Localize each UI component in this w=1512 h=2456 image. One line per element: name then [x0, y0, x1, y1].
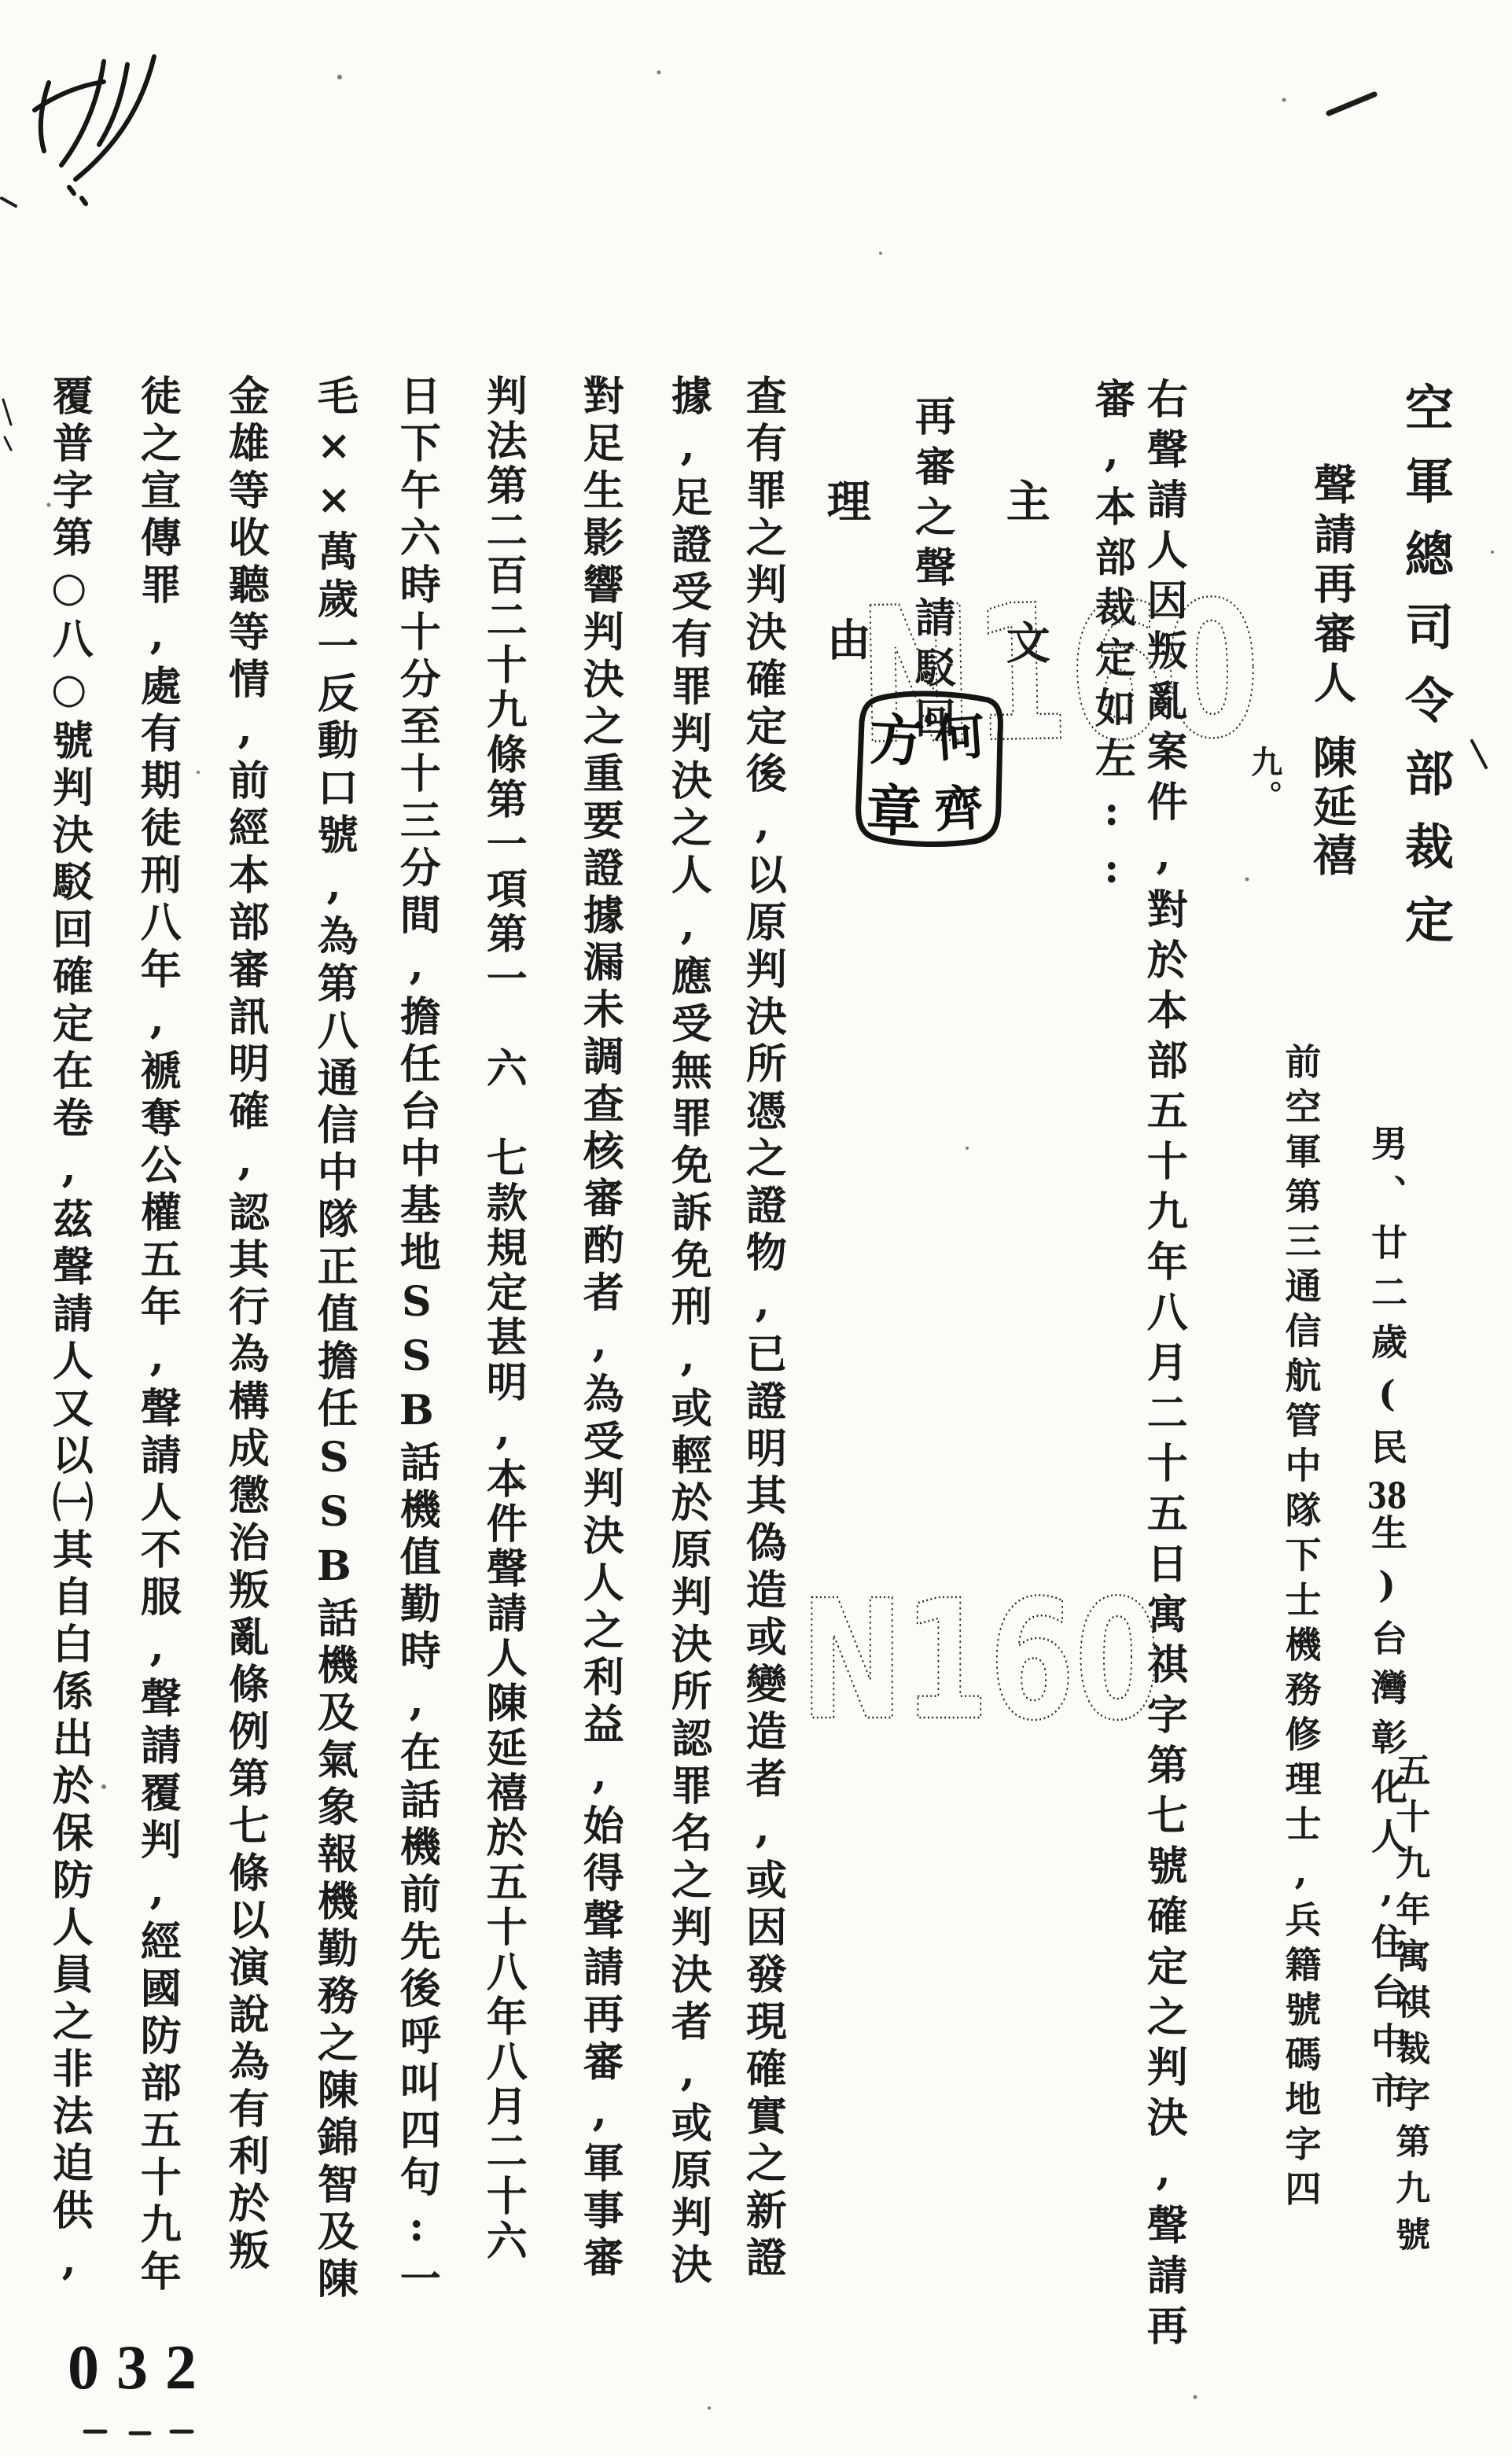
petitioner-info-age-origin: 男、廿二歲(民38生)台灣彰化人,住台中市: [1326, 901, 1448, 2121]
reason-line-6: 毛××萬歲一反動口號,為第八通信中隊正值擔任SSB話機及氣象報機勤務之陳錦智及陳: [311, 374, 356, 2304]
seal-char-zhang: 章: [865, 778, 922, 845]
info1-part-c: 生)台灣彰化人,住台中市: [1366, 1514, 1408, 2121]
reason-heading: 理由: [821, 478, 870, 755]
handwritten-mark: [35, 57, 154, 204]
preamble-line-1: 右聲請人因叛亂案件,對於本部五十九年八月二十五日寓祺字第七號確定之判決,聲請再: [1140, 377, 1186, 2355]
reason-line-4: 判法第二百二十九條第一項第一 六 七款規定甚明,本件聲請人陳延禧於五十八年八月二…: [480, 374, 525, 2264]
reason-line-2: 據,足證受有罪判決之人,應受無罪免訴免刑,或輕於原判決所認罪名之判決者,或原判決: [664, 374, 710, 2290]
watermark-lower-text: N160: [800, 1564, 1161, 1757]
petitioner-info-overflow: 九。: [1246, 746, 1282, 815]
holding-heading: 主文: [1000, 478, 1050, 761]
reason-line-3: 對足生影響判決之重要證據漏未調查核審酌者,為受判決人之利益,始得聲請再審,軍事審: [576, 374, 622, 2283]
petitioner-name: 陳延禧: [1307, 735, 1356, 881]
reason-line-7: 金雄等收聽等情,前經本部審訊明確,認其行為構成懲治叛亂條例第七條以演說為有利於叛: [222, 374, 267, 2276]
reason-line-5: 日下午六時十分至十三分間,擔任台中基地SSB話機值勤時,在話機前先後呼叫四句:一: [393, 374, 439, 2304]
info1-birth-year: 38: [1366, 1478, 1408, 1514]
seal-char-qi: 齊: [933, 779, 984, 838]
reason-line-1: 查有罪之判決確定後,以原判決所憑之證物,已證明其偽造或變造者,或因發現確實之新證: [739, 374, 785, 2283]
petitioner-info-service: 前空軍第三通信航管中隊下士機務修理士,兵籍號碼地字四: [1280, 1043, 1321, 2215]
reason-line-8: 徒之宣傳罪,處有期徒刑八年,褫奪公權五年,聲請人不服,聲請覆判,經國防部五十九年: [134, 374, 179, 2297]
reason-line-9: 覆普字第○八○號判決駁回確定在卷,茲聲請人又以㈠其自白係出於保防人員之非法迫供,: [46, 374, 91, 2290]
watermark-lower: N160: [800, 1564, 1161, 1757]
doc-title: 空軍總司令部裁定: [1398, 382, 1452, 967]
info1-part-a: 男、廿二歲(民: [1366, 1125, 1408, 1478]
preamble-line-2: 審,本部裁定如左::: [1088, 377, 1134, 902]
page-number: 032: [68, 2333, 214, 2404]
holding-text: 再審之聲請駁回: [908, 395, 954, 747]
scanned-document-page: 空軍總司令部裁定 五十九年寓祺裁字第九號 聲請再審人 陳延禧 男、廿二歲(民38…: [0, 0, 1512, 2456]
petitioner-label: 聲請再審人: [1308, 462, 1356, 710]
